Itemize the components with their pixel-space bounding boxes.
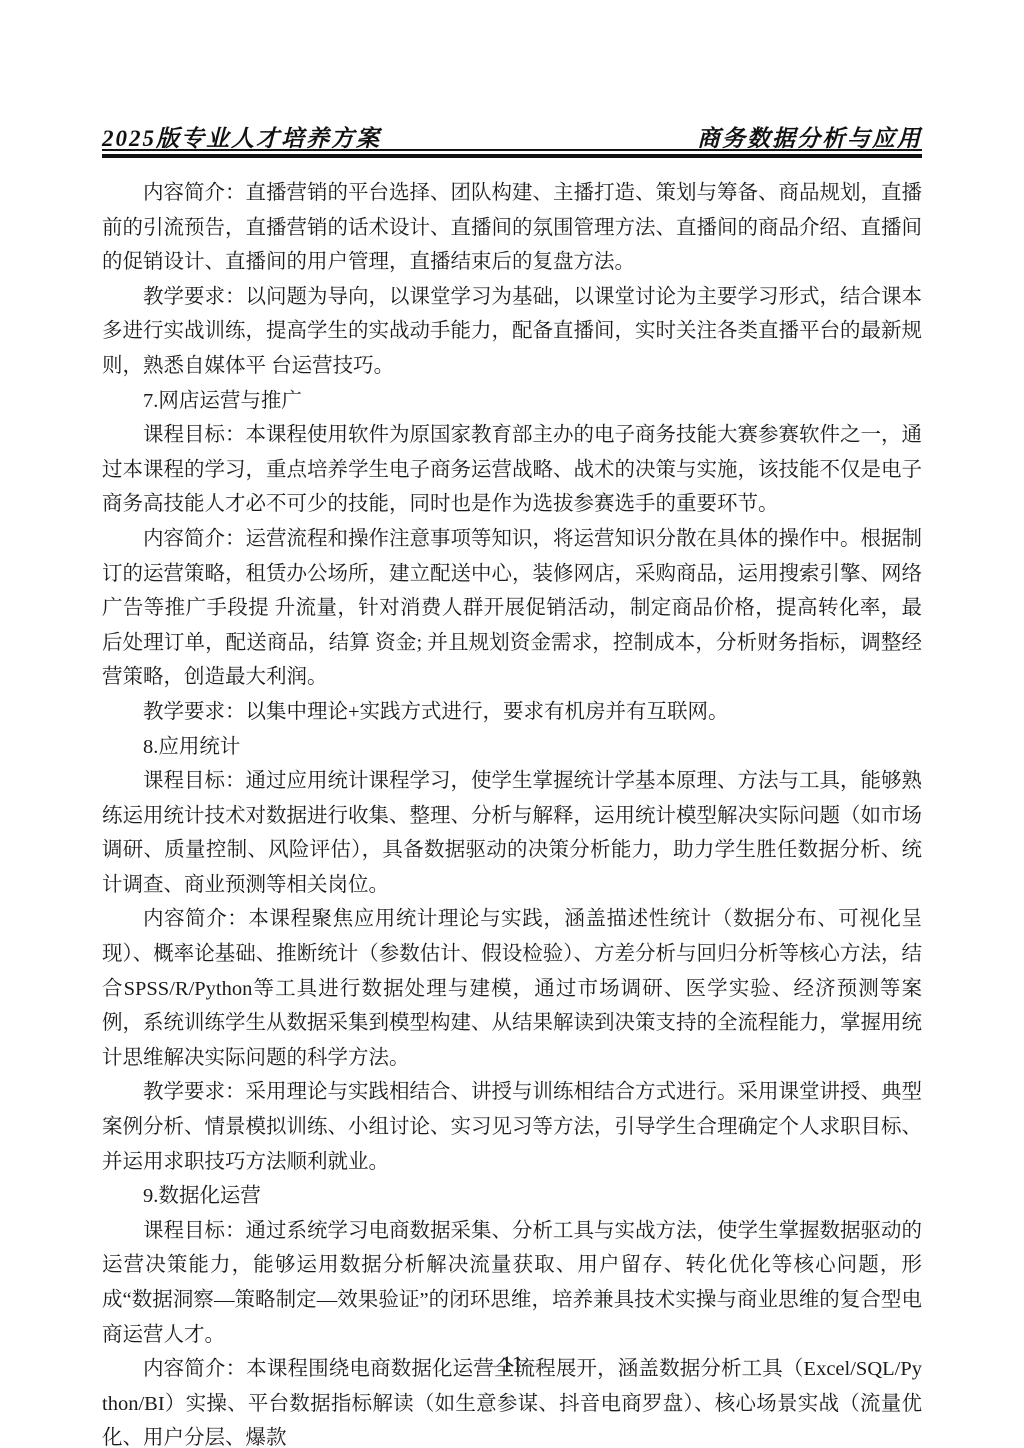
footer-dash-right: —: [524, 1352, 545, 1377]
document-page: 2025版专业人才培养方案 商务数据分析与应用 内容简介：直播营销的平台选择、团…: [0, 0, 1024, 1448]
document-body: 内容简介：直播营销的平台选择、团队构建、主播打造、策划与筹备、商品规划，直播前的…: [102, 176, 922, 1448]
section-heading-7-online-store-operation: 7.网店运营与推广: [102, 384, 922, 419]
paragraph-content-intro-applied-statistics: 内容简介：本课程聚焦应用统计理论与实践，涵盖描述性统计（数据分布、可视化呈现）、…: [102, 902, 922, 1075]
paragraph-course-objective-online-store: 课程目标：本课程使用软件为原国家教育部主办的电子商务技能大赛参赛软件之一，通过本…: [102, 418, 922, 522]
section-heading-9-data-driven-operation: 9.数据化运营: [102, 1179, 922, 1214]
paragraph-course-objective-data-operation: 课程目标：通过系统学习电商数据采集、分析工具与实战方法，使学生掌握数据驱动的运营…: [102, 1214, 922, 1352]
footer-dash-left: —: [479, 1352, 500, 1377]
paragraph-teaching-requirements-live-marketing: 教学要求：以问题为导向，以课堂学习为基础，以课堂讨论为主要学习形式，结合课本多进…: [102, 280, 922, 384]
header-rule-thick-line: [102, 154, 922, 158]
header-rule: [102, 149, 922, 158]
page-number: 11: [500, 1352, 524, 1377]
paragraph-content-intro-online-store: 内容简介：运营流程和操作注意事项等知识，将运营知识分散在具体的操作中。根据制订的…: [102, 522, 922, 695]
paragraph-content-intro-live-marketing: 内容简介：直播营销的平台选择、团队构建、主播打造、策划与筹备、商品规划，直播前的…: [102, 176, 922, 280]
paragraph-teaching-requirements-online-store: 教学要求：以集中理论+实践方式进行，要求有机房并有互联网。: [102, 695, 922, 730]
section-heading-8-applied-statistics: 8.应用统计: [102, 730, 922, 765]
page-footer: —11—: [0, 1352, 1024, 1378]
paragraph-teaching-requirements-applied-statistics: 教学要求：采用理论与实践相结合、讲授与训练相结合方式进行。采用课堂讲授、典型案例…: [102, 1075, 922, 1179]
paragraph-course-objective-applied-statistics: 课程目标：通过应用统计课程学习，使学生掌握统计学基本原理、方法与工具，能够熟练运…: [102, 764, 922, 902]
